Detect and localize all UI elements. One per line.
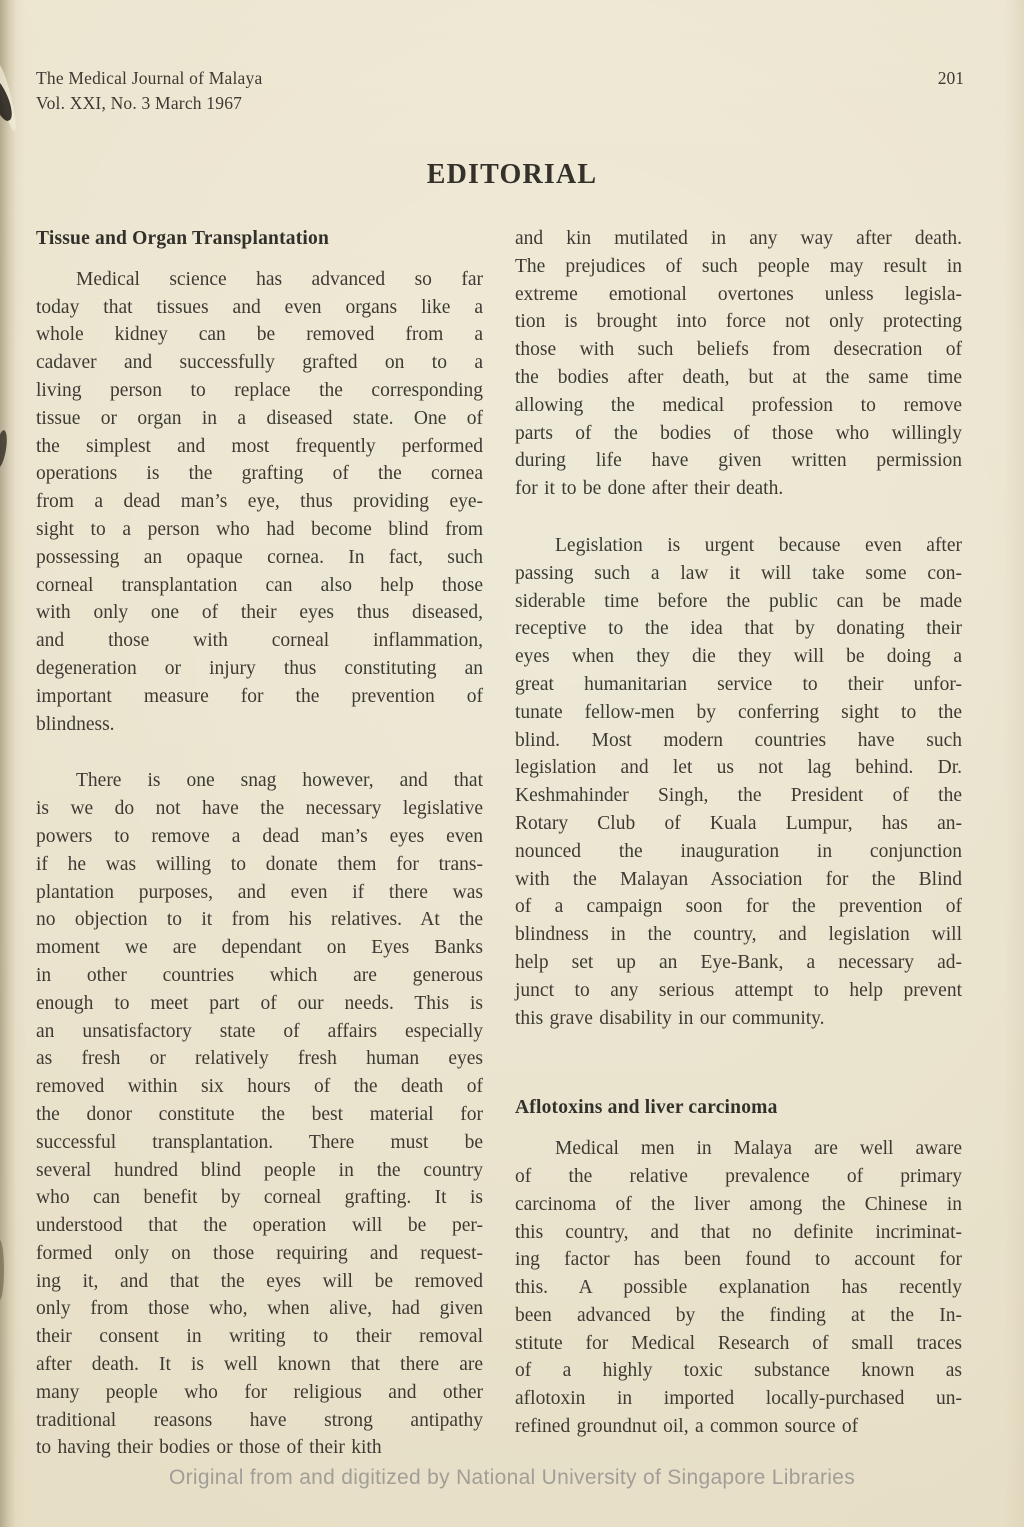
text-line: There is one snag however, and that xyxy=(36,767,483,795)
text-line: Legislation is urgent because even after xyxy=(515,532,962,560)
left-column: Tissue and Organ TransplantationMedical … xyxy=(36,225,483,1462)
aflotoxins-liver-carcinoma-heading: Aflotoxins and liver carcinoma xyxy=(515,1094,962,1122)
text-line: as fresh or relatively fresh human eyes xyxy=(36,1045,483,1073)
text-line: possessing an opaque cornea. In fact, su… xyxy=(36,544,483,572)
page-header: The Medical Journal of Malaya Vol. XXI, … xyxy=(0,0,1024,116)
text-line: nounced the inauguration in conjunction xyxy=(515,838,962,866)
text-columns: Tissue and Organ TransplantationMedical … xyxy=(36,225,962,1462)
text-line: many people who for religious and other xyxy=(36,1379,483,1407)
text-line: the bodies after death, but at the same … xyxy=(515,364,962,392)
text-line: degeneration or injury thus constituting… xyxy=(36,655,483,683)
text-line: is we do not have the necessary legislat… xyxy=(36,795,483,823)
tissue-organ-transplantation-heading: Tissue and Organ Transplantation xyxy=(36,225,483,253)
text-line: passing such a law it will take some con… xyxy=(515,560,962,588)
text-line: cadaver and successfully grafted on to a xyxy=(36,349,483,377)
text-line: Medical science has advanced so far xyxy=(36,266,483,294)
text-line: and those with corneal inflammation, xyxy=(36,627,483,655)
text-line: stitute for Medical Research of small tr… xyxy=(515,1330,962,1358)
text-line: legislation and let us not lag behind. D… xyxy=(515,754,962,782)
text-line: from a dead man’s eye, thus providing ey… xyxy=(36,488,483,516)
text-line: refined groundnut oil, a common source o… xyxy=(515,1413,962,1441)
text-line: during life have given written permissio… xyxy=(515,447,962,475)
text-line: tunate fellow-men by conferring sight to… xyxy=(515,699,962,727)
page-title: EDITORIAL xyxy=(0,160,1024,190)
text-line: if he was willing to donate them for tra… xyxy=(36,851,483,879)
journal-title: The Medical Journal of Malaya xyxy=(36,66,262,91)
text-line: and kin mutilated in any way after death… xyxy=(515,225,962,253)
text-line: enough to meet part of our needs. This i… xyxy=(36,990,483,1018)
text-line: Keshmahinder Singh, the President of the xyxy=(515,782,962,810)
text-line: traditional reasons have strong antipath… xyxy=(36,1407,483,1435)
text-line: their consent in writing to their remova… xyxy=(36,1323,483,1351)
paragraph: and kin mutilated in any way after death… xyxy=(515,225,962,503)
text-line: only from those who, when alive, had giv… xyxy=(36,1295,483,1323)
text-line: after death. It is well known that there… xyxy=(36,1351,483,1379)
text-line: for it to be done after their death. xyxy=(515,475,962,503)
journal-identification: The Medical Journal of Malaya Vol. XXI, … xyxy=(36,66,262,116)
text-line: receptive to the idea that by donating t… xyxy=(515,615,962,643)
text-line: ing it, and that the eyes will be remove… xyxy=(36,1268,483,1296)
text-line: successful transplantation. There must b… xyxy=(36,1129,483,1157)
text-line: of a highly toxic substance known as xyxy=(515,1357,962,1385)
text-line: the simplest and most frequently perform… xyxy=(36,433,483,461)
text-line: ing factor has been found to account for xyxy=(515,1246,962,1274)
paragraph: Medical science has advanced so fartoday… xyxy=(36,266,483,739)
page-number: 201 xyxy=(938,66,964,91)
text-line: understood that the operation will be pe… xyxy=(36,1212,483,1240)
text-line: who can benefit by corneal grafting. It … xyxy=(36,1184,483,1212)
text-line: been advanced by the finding at the In- xyxy=(515,1302,962,1330)
text-line: with only one of their eyes thus disease… xyxy=(36,599,483,627)
text-line: allowing the medical profession to remov… xyxy=(515,392,962,420)
digitization-credit: Original from and digitized by National … xyxy=(0,1466,1024,1490)
text-line: with the Malayan Association for the Bli… xyxy=(515,866,962,894)
text-line: of a campaign soon for the prevention of xyxy=(515,893,962,921)
text-line: no objection to it from his relatives. A… xyxy=(36,906,483,934)
text-line: formed only on those requiring and reque… xyxy=(36,1240,483,1268)
text-line: removed within six hours of the death of xyxy=(36,1073,483,1101)
text-line: Rotary Club of Kuala Lumpur, has an- xyxy=(515,810,962,838)
paragraph: There is one snag however, and thatis we… xyxy=(36,767,483,1462)
text-line: in other countries which are generous xyxy=(36,962,483,990)
text-line: living person to replace the correspondi… xyxy=(36,377,483,405)
text-line: whole kidney can be removed from a xyxy=(36,321,483,349)
text-line: tissue or organ in a diseased state. One… xyxy=(36,405,483,433)
text-line: those with such beliefs from desecration… xyxy=(515,336,962,364)
text-line: extreme emotional overtones unless legis… xyxy=(515,281,962,309)
text-line: siderable time before the public can be … xyxy=(515,588,962,616)
text-line: this. A possible explanation has recentl… xyxy=(515,1274,962,1302)
text-line: great humanitarian service to their unfo… xyxy=(515,671,962,699)
text-line: today that tissues and even organs like … xyxy=(36,294,483,322)
text-line: corneal transplantation can also help th… xyxy=(36,572,483,600)
paragraph: Legislation is urgent because even after… xyxy=(515,532,962,1032)
paragraph: Medical men in Malaya are well awareof t… xyxy=(515,1135,962,1441)
text-line: plantation purposes, and even if there w… xyxy=(36,879,483,907)
text-line: operations is the grafting of the cornea xyxy=(36,460,483,488)
text-line: aflotoxin in imported locally-purchased … xyxy=(515,1385,962,1413)
text-line: parts of the bodies of those who willing… xyxy=(515,420,962,448)
text-line: this grave disability in our community. xyxy=(515,1005,962,1033)
text-line: powers to remove a dead man’s eyes even xyxy=(36,823,483,851)
text-line: moment we are dependant on Eyes Banks xyxy=(36,934,483,962)
text-line: Medical men in Malaya are well aware xyxy=(515,1135,962,1163)
text-line: blind. Most modern countries have such xyxy=(515,727,962,755)
text-line: junct to any serious attempt to help pre… xyxy=(515,977,962,1005)
journal-page: The Medical Journal of Malaya Vol. XXI, … xyxy=(0,0,1024,1527)
text-line: eyes when they die they will be doing a xyxy=(515,643,962,671)
text-line: tion is brought into force not only prot… xyxy=(515,308,962,336)
text-line: carcinoma of the liver among the Chinese… xyxy=(515,1191,962,1219)
text-line: blindness. xyxy=(36,711,483,739)
text-line: blindness in the country, and legislatio… xyxy=(515,921,962,949)
page-edge-shadow xyxy=(0,0,16,1527)
text-line: sight to a person who had become blind f… xyxy=(36,516,483,544)
text-line: The prejudices of such people may result… xyxy=(515,253,962,281)
text-line: help set up an Eye-Bank, a necessary ad- xyxy=(515,949,962,977)
right-column: and kin mutilated in any way after death… xyxy=(515,225,962,1462)
text-line: the donor constitute the best material f… xyxy=(36,1101,483,1129)
text-line: important measure for the prevention of xyxy=(36,683,483,711)
text-line: this country, and that no definite incri… xyxy=(515,1219,962,1247)
text-line: several hundred blind people in the coun… xyxy=(36,1157,483,1185)
text-line: an unsatisfactory state of affairs espec… xyxy=(36,1018,483,1046)
text-line: to having their bodies or those of their… xyxy=(36,1434,483,1462)
journal-volume-line: Vol. XXI, No. 3 March 1967 xyxy=(36,91,262,116)
text-line: of the relative prevalence of primary xyxy=(515,1163,962,1191)
